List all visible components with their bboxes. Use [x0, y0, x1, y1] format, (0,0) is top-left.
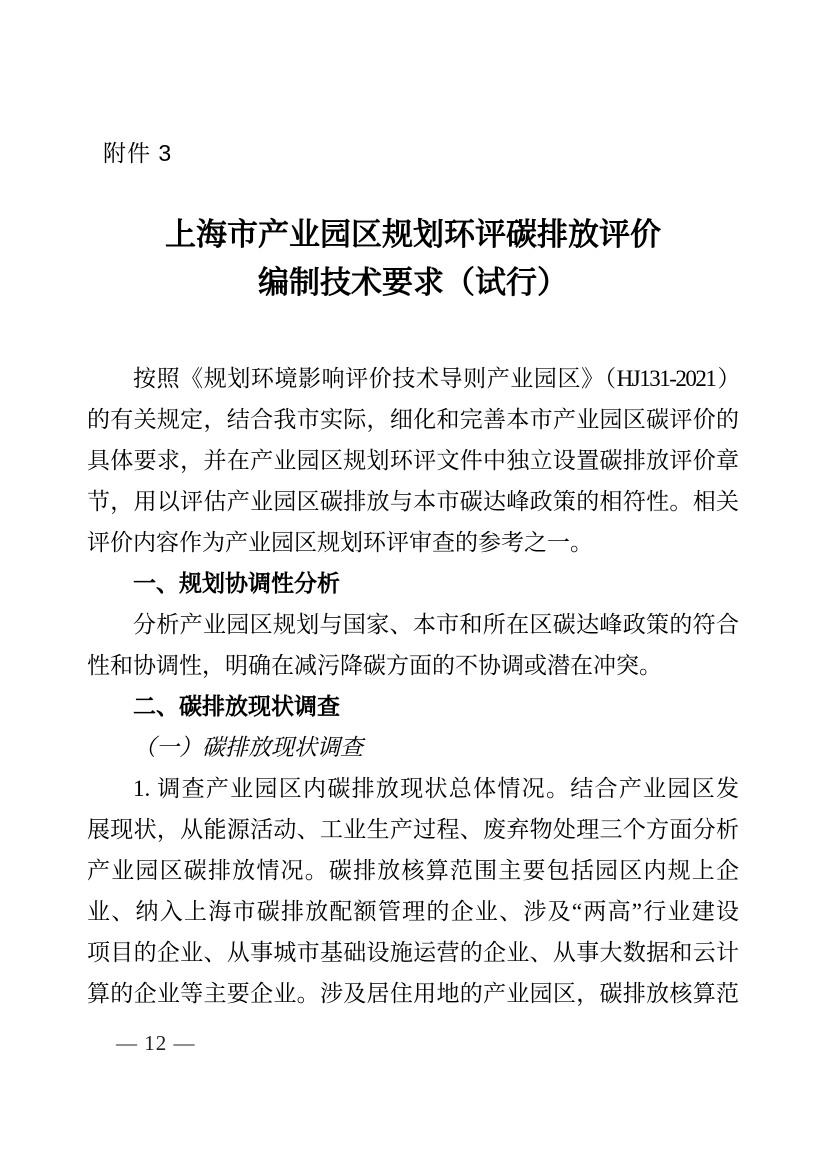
- section-2-line: 算的企业等主要企业。涉及居住用地的产业园区，碳排放核算范: [87, 973, 739, 1014]
- intro-line: 节，用以评估产业园区碳排放与本市碳达峰政策的相符性。相关: [87, 481, 739, 522]
- document-page: 附件 3 上海市产业园区规划环评碳排放评价 编制技术要求（试行） 按照《规划环境…: [0, 0, 826, 1169]
- intro-line: 评价内容作为产业园区规划环评审查的参考之一。: [87, 522, 739, 563]
- section-2-line: 1. 调查产业园区内碳排放现状总体情况。结合产业园区发: [87, 768, 739, 809]
- section-2-line: 业、纳入上海市碳排放配额管理的企业、涉及“两高”行业建设: [87, 891, 739, 932]
- section-2-heading: 二、碳排放现状调查: [87, 686, 739, 727]
- section-2-subheading: （一）碳排放现状调查: [87, 727, 739, 768]
- section-1-line: 分析产业园区规划与国家、本市和所在区碳达峰政策的符合: [87, 604, 739, 645]
- intro-line: 按照《规划环境影响评价技术导则产业园区》（HJ131-2021）: [87, 358, 739, 399]
- attachment-label: 附件 3: [103, 138, 172, 168]
- section-2-line: 项目的企业、从事城市基础设施运营的企业、从事大数据和云计: [87, 932, 739, 973]
- section-1-heading: 一、规划协调性分析: [87, 563, 739, 604]
- intro-line: 具体要求，并在产业园区规划环评文件中独立设置碳排放评价章: [87, 440, 739, 481]
- intro-line: 的有关规定，结合我市实际，细化和完善本市产业园区碳评价的: [87, 399, 739, 440]
- section-2-line: 展现状，从能源活动、工业生产过程、废弃物处理三个方面分析: [87, 809, 739, 850]
- section-1-line: 性和协调性，明确在减污降碳方面的不协调或潜在冲突。: [87, 645, 739, 686]
- document-body: 按照《规划环境影响评价技术导则产业园区》（HJ131-2021） 的有关规定，结…: [87, 358, 739, 1014]
- document-title-line-2: 编制技术要求（试行）: [0, 259, 826, 307]
- document-title-line-1: 上海市产业园区规划环评碳排放评价: [0, 211, 826, 259]
- document-title: 上海市产业园区规划环评碳排放评价 编制技术要求（试行）: [0, 211, 826, 307]
- section-2-line: 产业园区碳排放情况。碳排放核算范围主要包括园区内规上企: [87, 850, 739, 891]
- page-number: — 12 —: [116, 1031, 196, 1056]
